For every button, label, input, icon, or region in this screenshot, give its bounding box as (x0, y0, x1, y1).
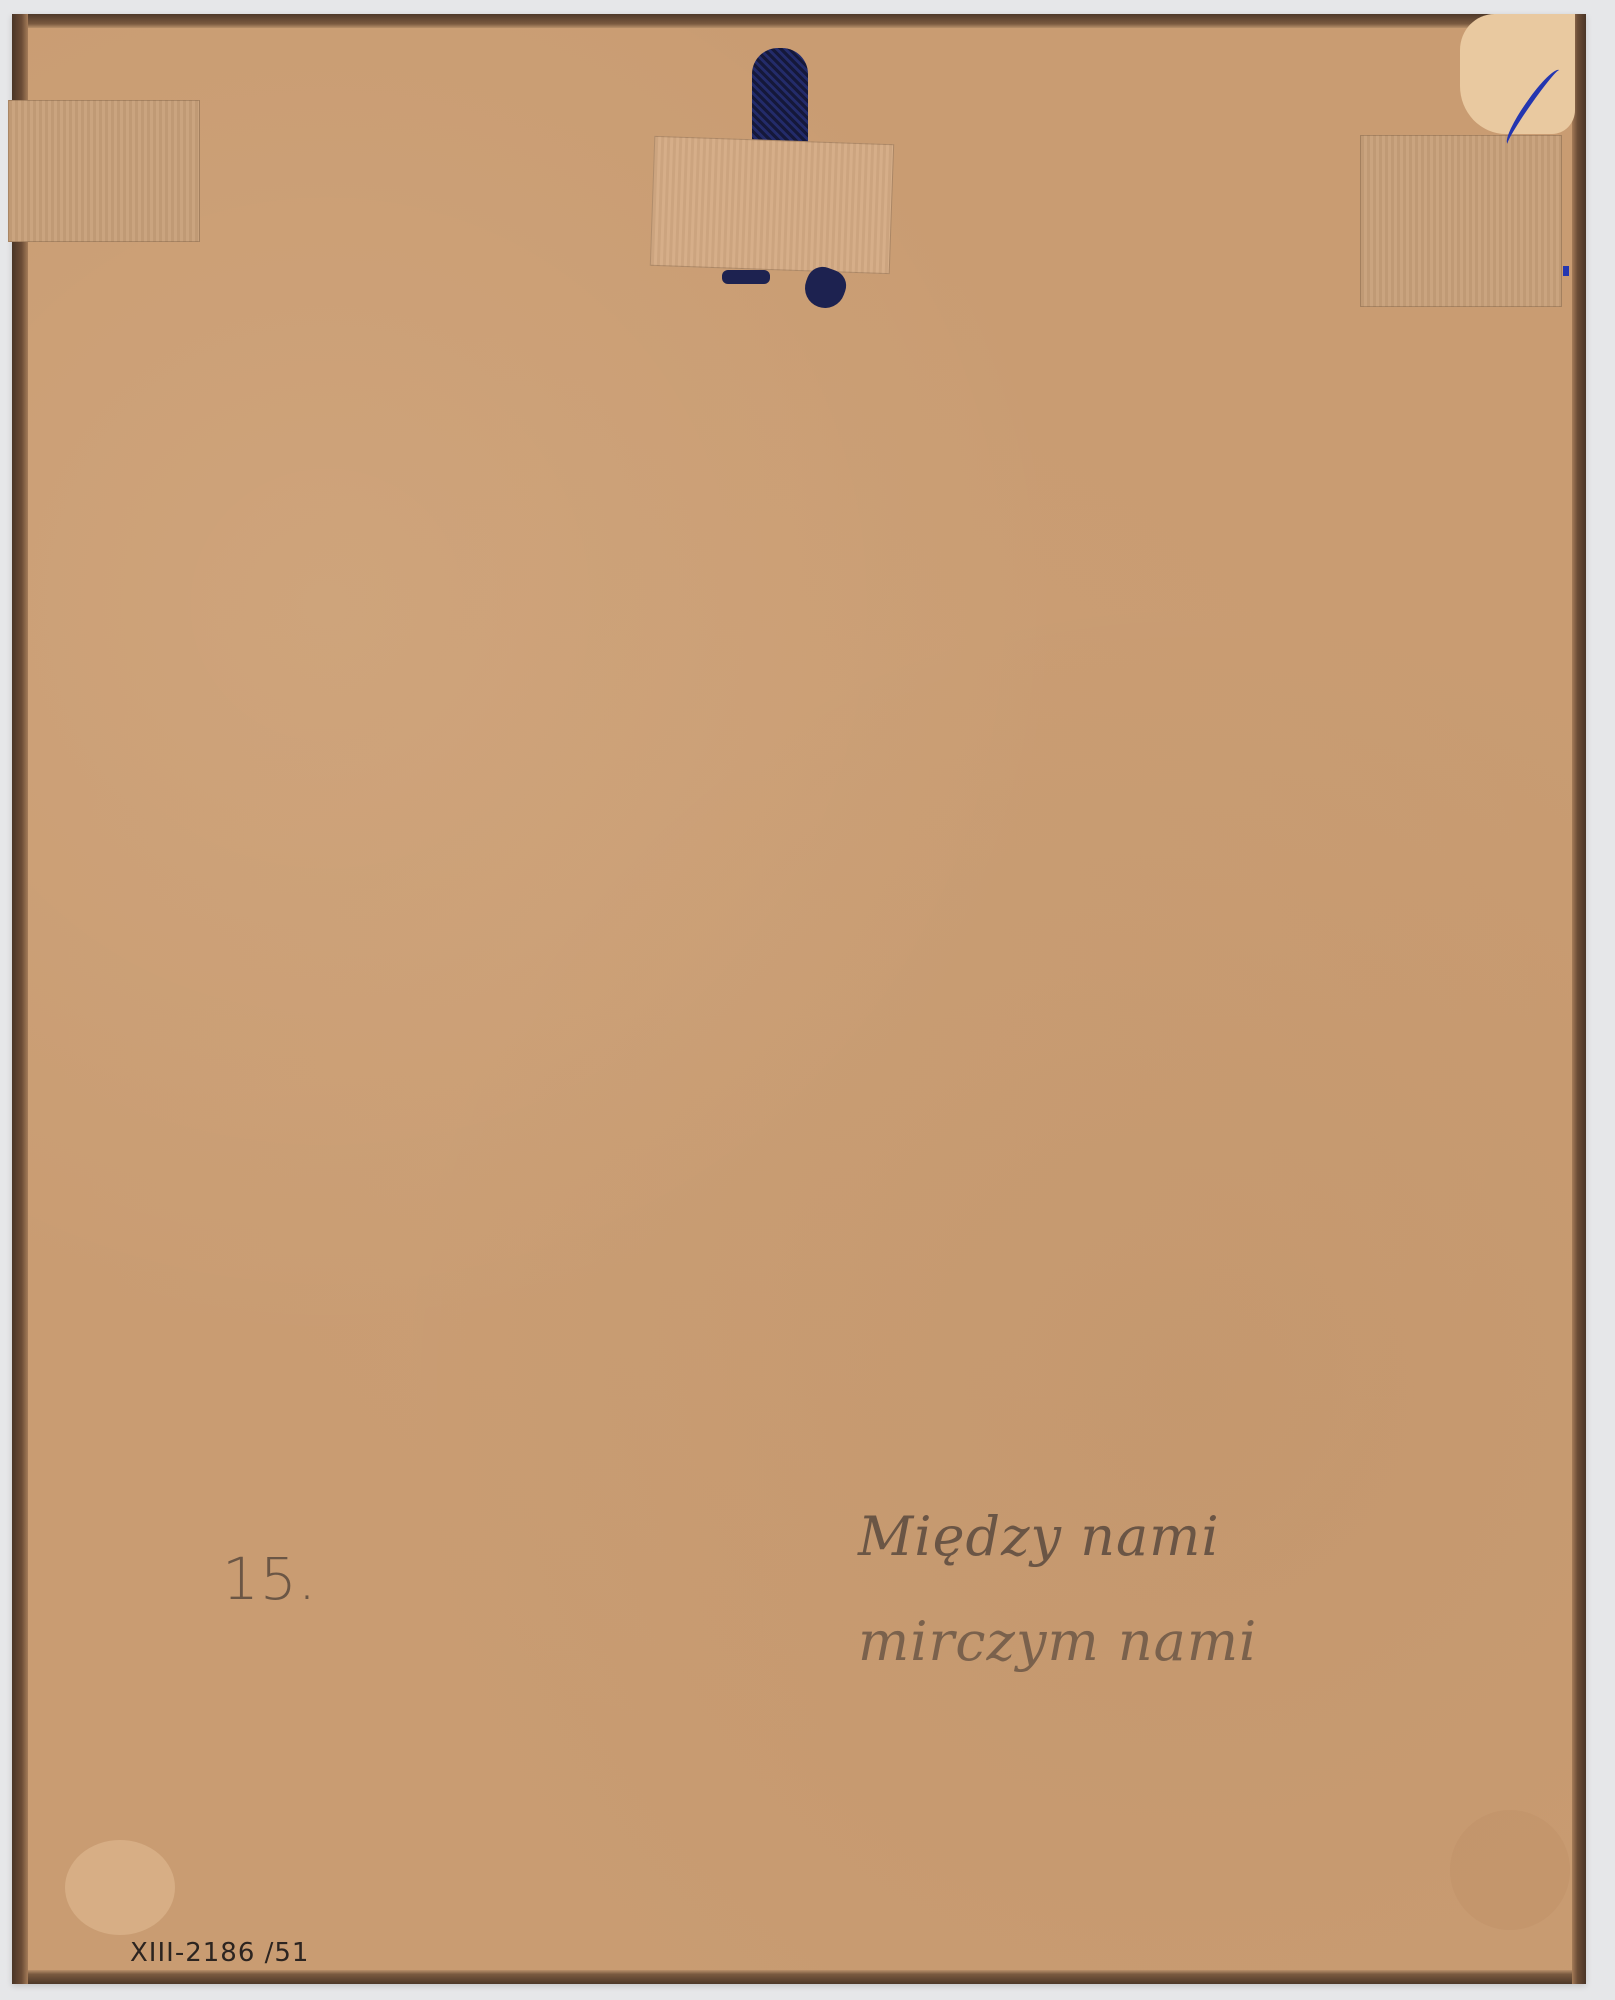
inventory-number: XIII-2186 /51 (130, 1938, 309, 1968)
backing-board (12, 14, 1586, 1984)
ribbon-end-left (722, 270, 770, 284)
stain-bottom-left (65, 1840, 175, 1935)
board-edge-bottom (12, 1970, 1586, 1984)
board-edge-right (1572, 14, 1586, 1984)
board-edge-top (12, 14, 1586, 28)
blue-thread-mark (1563, 266, 1569, 276)
pencil-title-line1: Między nami (858, 1505, 1220, 1568)
tape-center (650, 136, 894, 274)
board-edge-left (12, 14, 28, 1984)
tape-right (1360, 135, 1562, 307)
pencil-title-line2: mirczym nami (858, 1610, 1257, 1673)
pencil-number: 15. (222, 1545, 317, 1613)
stain-bottom-right (1450, 1810, 1570, 1930)
tape-left (8, 100, 200, 242)
